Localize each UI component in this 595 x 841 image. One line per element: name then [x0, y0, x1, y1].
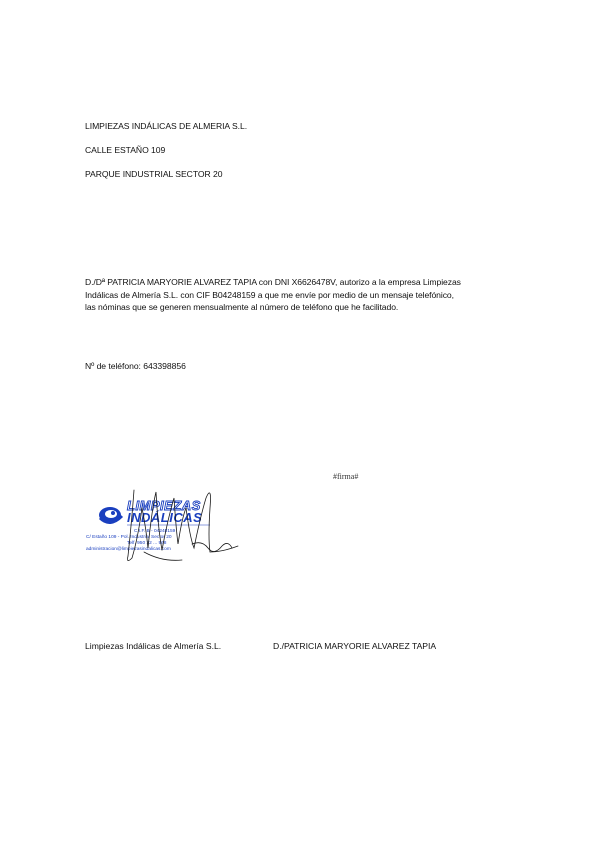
paragraph-line-2: Indálicas de Almería S.L. con CIF B04248… [85, 289, 525, 302]
header-company: LIMPIEZAS INDÁLICAS DE ALMERIA S.L. [85, 121, 247, 132]
company-stamp: LIMPIEZAS INDÁLICAS C.I.F. B - 04248159 … [82, 478, 252, 568]
paragraph-line-1: D./Dª PATRICIA MARYORIE ALVAREZ TAPIA co… [85, 276, 525, 289]
document-page: LIMPIEZAS INDÁLICAS DE ALMERIA S.L. CALL… [0, 0, 595, 841]
svg-text:C.I.F. B - 04248159: C.I.F. B - 04248159 [134, 528, 176, 534]
signature-label-company: Limpiezas Indálicas de Almería S.L. [85, 641, 221, 651]
phone-line: Nº de teléfono: 643398856 [85, 361, 186, 372]
header-street: CALLE ESTAÑO 109 [85, 145, 165, 156]
authorization-paragraph: D./Dª PATRICIA MARYORIE ALVAREZ TAPIA co… [85, 276, 525, 314]
company-logo-icon [99, 507, 122, 523]
stamp-brand-line2: INDÁLICAS [127, 510, 202, 525]
header-area: PARQUE INDUSTRIAL SECTOR 20 [85, 169, 222, 180]
signature-label-employee: D./PATRICIA MARYORIE ALVAREZ TAPIA [273, 641, 436, 651]
svg-text:C/ Estaño 109 - Pol. Industria: C/ Estaño 109 - Pol. Industrial Sector 2… [86, 534, 172, 540]
signature-placeholder: #firma# [333, 472, 358, 481]
paragraph-line-3: las nóminas que se generen mensualmente … [85, 301, 525, 314]
